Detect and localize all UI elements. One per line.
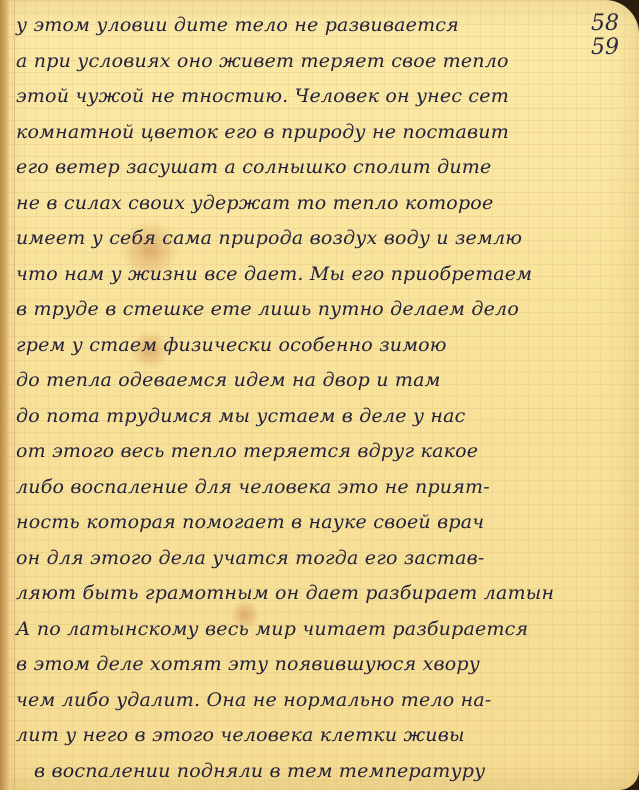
text-line: чем либо удалит. Она не нормально тело н… bbox=[16, 683, 616, 719]
text-line: не в силах своих удержат то тепло которо… bbox=[16, 186, 616, 222]
text-line: в труде в стешке ете лишь путно делаем д… bbox=[16, 292, 616, 328]
text-line: А по латынскому весь мир читает разбирае… bbox=[16, 612, 616, 648]
text-line: ляют быть грамотным он дает разбирает ла… bbox=[16, 576, 616, 612]
text-line: лит у него в этого человека клетки живы bbox=[16, 718, 616, 754]
text-line: его ветер засушат а солнышко сполит дите bbox=[16, 150, 616, 186]
text-line: в этом деле хотят эту появившуюся хвору bbox=[16, 647, 616, 683]
text-line: он для этого дела учатся тогда его заста… bbox=[16, 541, 616, 577]
margin-line bbox=[14, 0, 15, 790]
text-line: ность которая помогает в науке своей вра… bbox=[16, 505, 616, 541]
text-line: что нам у жизни все дает. Мы его приобре… bbox=[16, 257, 616, 293]
handwritten-text-body: у этом уловии дите тело не развивается а… bbox=[16, 8, 616, 789]
text-line: от этого весь тепло теряется вдруг какое bbox=[16, 434, 616, 470]
text-line: грем у стаем физически особенно зимою bbox=[16, 328, 616, 364]
text-line: этой чужой не тностию. Человек он унес с… bbox=[16, 79, 616, 115]
text-line: до тепла одеваемся идем на двор и там bbox=[16, 363, 616, 399]
text-line: в воспалении подняли в тем температуру bbox=[16, 754, 616, 790]
text-line: у этом уловии дите тело не развивается bbox=[16, 8, 616, 44]
text-line: до пота трудимся мы устаем в деле у нас bbox=[16, 399, 616, 435]
text-line: комнатной цветок его в природу не постав… bbox=[16, 115, 616, 151]
text-line: либо воспаление для человека это не прия… bbox=[16, 470, 616, 506]
notebook-page: 58 59 у этом уловии дите тело не развива… bbox=[0, 0, 639, 790]
page-binding-edge bbox=[0, 0, 10, 790]
text-line: а при условиях оно живет теряет свое теп… bbox=[16, 44, 616, 80]
text-line: имеет у себя сама природа воздух воду и … bbox=[16, 221, 616, 257]
